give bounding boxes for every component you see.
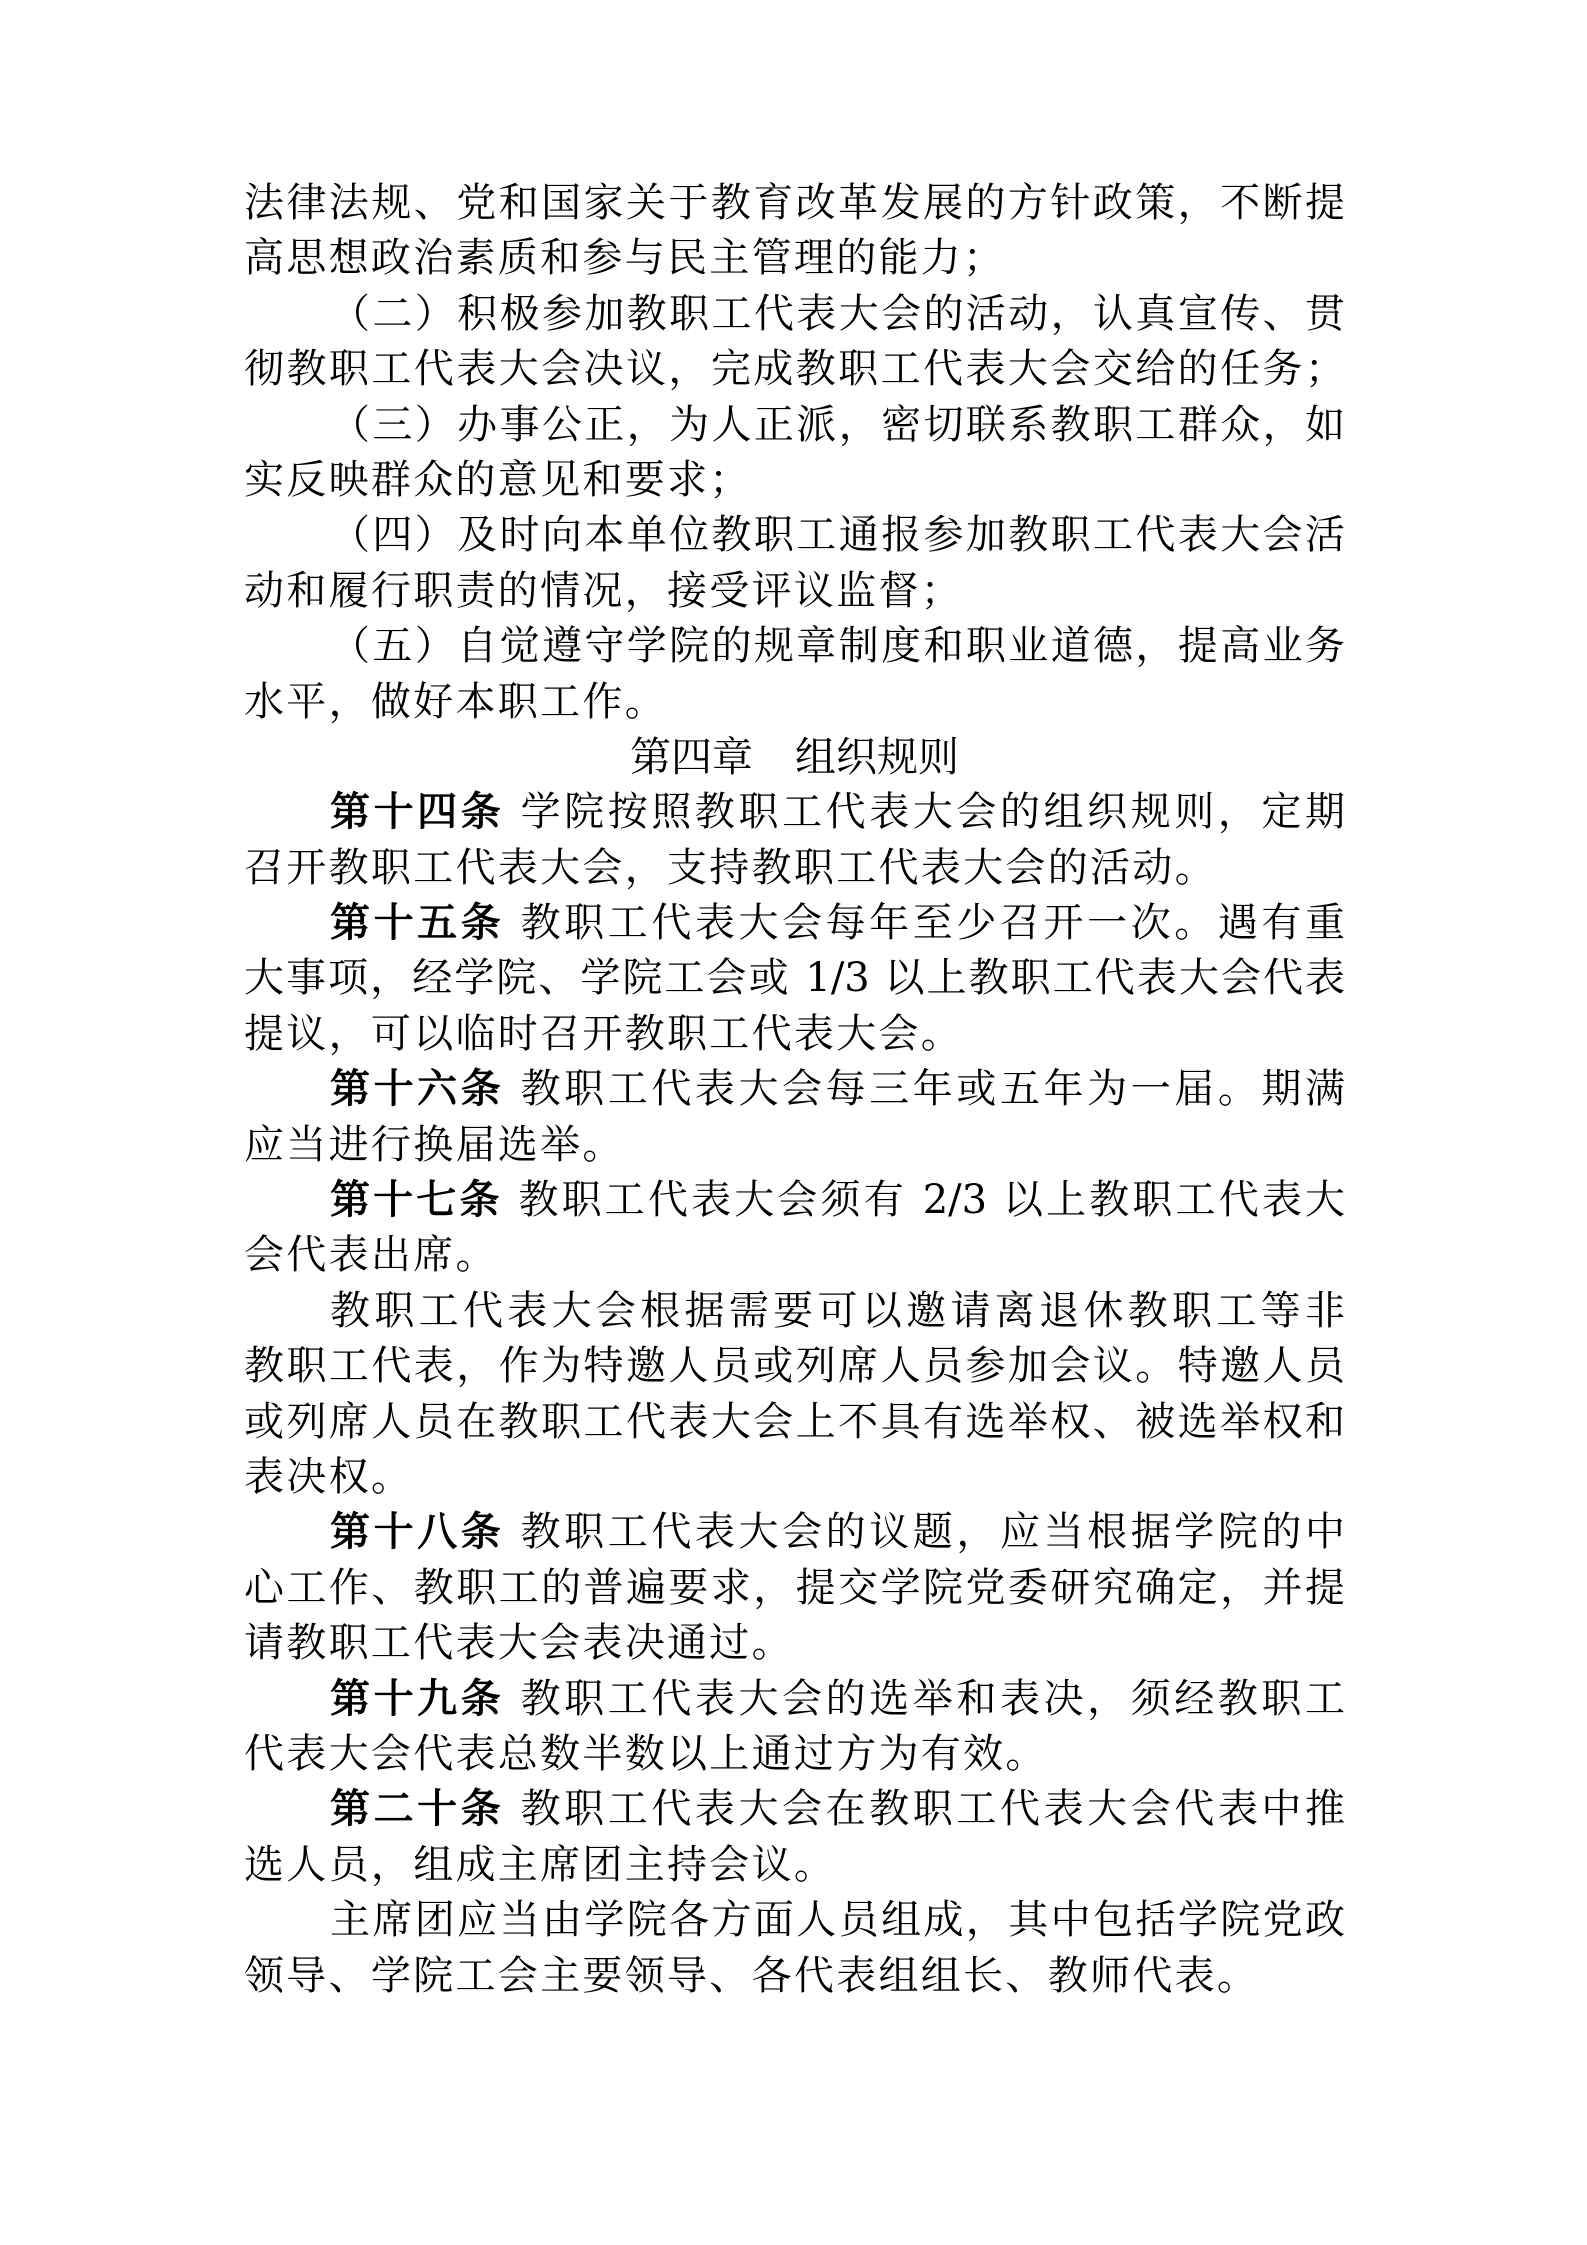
text-line: 选人员，组成主席团主持会议。 [244, 1838, 1345, 1893]
article-17-paragraph-2: 教职工代表大会根据需要可以邀请离退休教职工等非 教职工代表，作为特邀人员或列席人… [244, 1284, 1345, 1506]
article-label: 第十五条 [330, 900, 504, 946]
article-20-paragraph-2: 主席团应当由学院各方面人员组成，其中包括学院党政 领导、学院工会主要领导、各代表… [244, 1893, 1345, 2004]
article-text: 教职工代表大会在教职工代表大会代表中推 [521, 1786, 1345, 1832]
chapter-heading: 第四章组织规则 [244, 730, 1345, 785]
article-text: 教职工代表大会每三年或五年为一届。期满 [521, 1066, 1345, 1112]
text-line: 水平，做好本职工作。 [244, 675, 1345, 730]
list-item-4: （四）及时向本单位教职工通报参加教职工代表大会活 [244, 508, 1345, 563]
article-17: 第十七条 教职工代表大会须有 2/3 以上教职工代表大 会代表出席。 [244, 1173, 1345, 1284]
text-line: 主席团应当由学院各方面人员组成，其中包括学院党政 [244, 1893, 1345, 1948]
article-first-line: 第十四条 学院按照教职工代表大会的组织规则，定期 [244, 785, 1345, 840]
text-line: 教职工代表大会根据需要可以邀请离退休教职工等非 [244, 1284, 1345, 1339]
text-line: 或列席人员在教职工代表大会上不具有选举权、被选举权和 [244, 1395, 1345, 1450]
text-line: 动和履行职责的情况，接受评议监督； [244, 564, 1345, 619]
chapter-number: 第四章 [630, 733, 753, 781]
article-label: 第十六条 [330, 1066, 504, 1112]
document-page: 法律法规、党和国家关于教育改革发展的方针政策，不断提 高思想政治素质和参与民主管… [244, 176, 1345, 2004]
chapter-title: 组织规则 [795, 733, 959, 781]
article-label: 第十四条 [330, 789, 504, 835]
article-text: 教职工代表大会须有 2/3 以上教职工代表大 [518, 1177, 1345, 1223]
article-16: 第十六条 教职工代表大会每三年或五年为一届。期满 应当进行换届选举。 [244, 1062, 1345, 1173]
article-first-line: 第十六条 教职工代表大会每三年或五年为一届。期满 [244, 1062, 1345, 1117]
text-line: 法律法规、党和国家关于教育改革发展的方针政策，不断提 [244, 176, 1345, 231]
text-line: 心工作、教职工的普遍要求，提交学院党委研究确定，并提 [244, 1561, 1345, 1616]
text-line: 大事项，经学院、学院工会或 1/3 以上教职工代表大会代表 [244, 951, 1345, 1006]
text-line: 会代表出席。 [244, 1228, 1345, 1283]
article-label: 第十八条 [330, 1509, 504, 1555]
article-label: 第二十条 [330, 1786, 504, 1832]
article-text: 教职工代表大会的议题，应当根据学院的中 [521, 1509, 1345, 1555]
article-14: 第十四条 学院按照教职工代表大会的组织规则，定期 召开教职工代表大会，支持教职工… [244, 785, 1345, 896]
text-line: 表决权。 [244, 1450, 1345, 1505]
article-15: 第十五条 教职工代表大会每年至少召开一次。遇有重 大事项，经学院、学院工会或 1… [244, 896, 1345, 1062]
article-text: 学院按照教职工代表大会的组织规则，定期 [521, 789, 1345, 835]
text-line: 召开教职工代表大会，支持教职工代表大会的活动。 [244, 841, 1345, 896]
text-line: 提议，可以临时召开教职工代表大会。 [244, 1007, 1345, 1062]
list-item-3: （三）办事公正，为人正派，密切联系教职工群众，如 [244, 398, 1345, 453]
article-text: 教职工代表大会每年至少召开一次。遇有重 [521, 900, 1345, 946]
article-label: 第十九条 [330, 1676, 504, 1722]
text-line: 领导、学院工会主要领导、各代表组组长、教师代表。 [244, 1949, 1345, 2004]
list-item-5: （五）自觉遵守学院的规章制度和职业道德，提高业务 [244, 619, 1345, 674]
article-20: 第二十条 教职工代表大会在教职工代表大会代表中推 选人员，组成主席团主持会议。 [244, 1782, 1345, 1893]
text-line: 高思想政治素质和参与民主管理的能力； [244, 231, 1345, 286]
text-line: 教职工代表，作为特邀人员或列席人员参加会议。特邀人员 [244, 1339, 1345, 1394]
article-first-line: 第二十条 教职工代表大会在教职工代表大会代表中推 [244, 1782, 1345, 1837]
text-line: 实反映群众的意见和要求； [244, 453, 1345, 508]
article-first-line: 第十八条 教职工代表大会的议题，应当根据学院的中 [244, 1505, 1345, 1560]
article-19: 第十九条 教职工代表大会的选举和表决，须经教职工 代表大会代表总数半数以上通过方… [244, 1672, 1345, 1783]
article-label: 第十七条 [330, 1177, 503, 1223]
article-text: 教职工代表大会的选举和表决，须经教职工 [521, 1676, 1345, 1722]
article-18: 第十八条 教职工代表大会的议题，应当根据学院的中 心工作、教职工的普遍要求，提交… [244, 1505, 1345, 1671]
article-first-line: 第十七条 教职工代表大会须有 2/3 以上教职工代表大 [244, 1173, 1345, 1228]
duties-section: 法律法规、党和国家关于教育改革发展的方针政策，不断提 高思想政治素质和参与民主管… [244, 176, 1345, 730]
list-item-2: （二）积极参加教职工代表大会的活动，认真宣传、贯 [244, 287, 1345, 342]
text-line: 代表大会代表总数半数以上通过方为有效。 [244, 1727, 1345, 1782]
text-line: 彻教职工代表大会决议，完成教职工代表大会交给的任务； [244, 342, 1345, 397]
text-line: 应当进行换届选举。 [244, 1118, 1345, 1173]
article-first-line: 第十九条 教职工代表大会的选举和表决，须经教职工 [244, 1672, 1345, 1727]
text-line: 请教职工代表大会表决通过。 [244, 1616, 1345, 1671]
article-first-line: 第十五条 教职工代表大会每年至少召开一次。遇有重 [244, 896, 1345, 951]
